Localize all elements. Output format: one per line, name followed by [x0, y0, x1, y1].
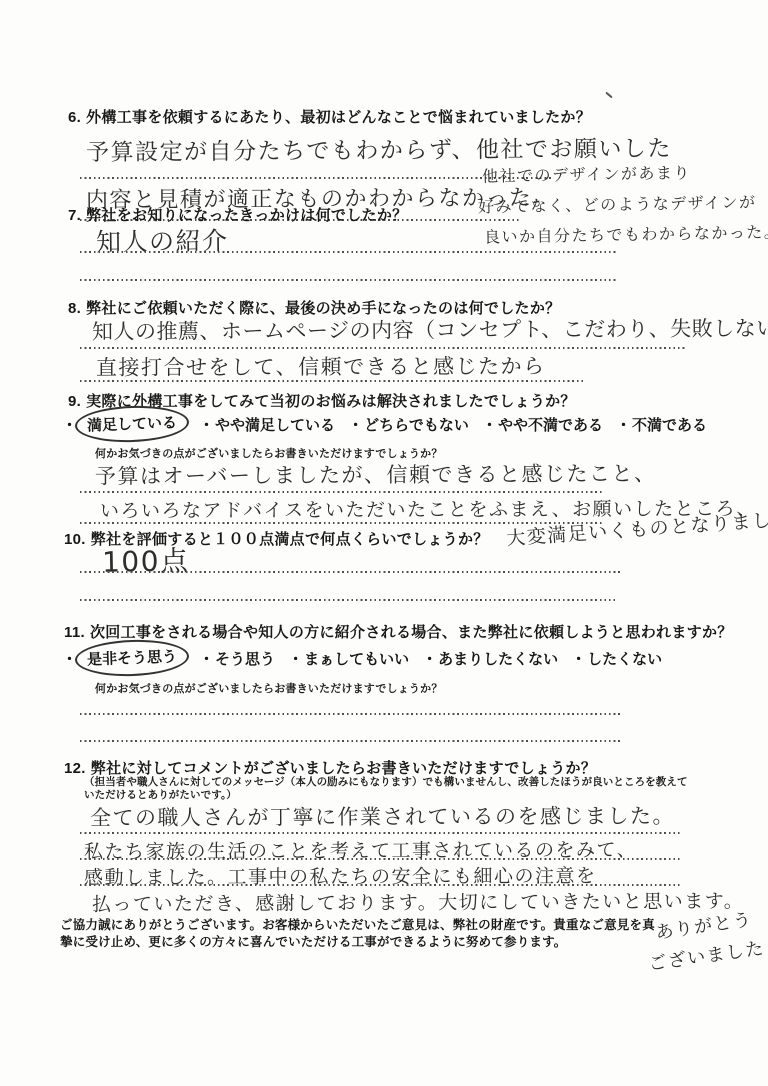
- q8-number: 8.: [68, 300, 81, 317]
- q11-option-no: ・ したくない: [571, 648, 662, 669]
- bullet-icon: ・: [288, 648, 303, 669]
- q6-number: 6.: [68, 109, 81, 126]
- q12-number: 12.: [64, 760, 86, 777]
- survey-scan-page: 6.外構工事を依頼するにあたり、最初はどんなことで悩まれていましたか？ 予算設定…: [0, 0, 768, 1086]
- pen-tick-mark: [605, 92, 612, 99]
- q10-number: 10.: [64, 531, 86, 548]
- q9-option-somewhat-satisfied: ・ やや満足している: [199, 414, 335, 435]
- q9-option-label: やや満足している: [215, 414, 335, 435]
- q11-option-label: まぁしてもいい: [304, 648, 409, 669]
- q11-option-label: あまりしたくない: [438, 648, 558, 669]
- q6-side-note-handwriting-3: 良いか自分たちでもわからなかった。: [484, 219, 768, 247]
- q6-question: 6.外構工事を依頼するにあたり、最初はどんなことで悩まれていましたか？: [68, 106, 591, 127]
- bullet-icon: ・: [348, 414, 363, 435]
- footer-thanks-line-1: ご協力誠にありがとうございます。お客様からいただいたご意見は、弊社の財産です。貴…: [60, 915, 655, 933]
- q12-answer-rule-1: [80, 832, 680, 834]
- q11-answer-rule-2: [80, 740, 620, 742]
- q12-answer-rule-3: [80, 884, 680, 886]
- q8-answer-handwriting-2: 直接打合せをして、信頼できると感じたから: [96, 350, 546, 382]
- q11-option-label: そう思う: [215, 648, 275, 669]
- bullet-icon: ・: [422, 648, 437, 669]
- q9-option-dissatisfied: ・ 不満である: [616, 414, 707, 435]
- q11-option-label: したくない: [587, 648, 662, 669]
- q12-answer-handwriting-4: 払っていただき、感謝しております。大切にしていきたいと思います。: [92, 886, 744, 916]
- q9-option-somewhat-dissatisfied: ・ やや不満である: [482, 414, 603, 435]
- q12-answer-rule-2: [80, 858, 680, 860]
- q9-option-label: 不満である: [632, 414, 707, 435]
- q11-question: 11.次回工事をされる場合や知人の方に紹介される場合、また弊社に依頼しようと思わ…: [64, 621, 733, 642]
- q11-option-rather-not: ・ あまりしたくない: [422, 648, 558, 669]
- bullet-icon: ・: [199, 414, 214, 435]
- q6-side-note-handwriting-2: 好みでなく、どのようなデザインが: [478, 190, 757, 218]
- q8-answer-rule-2: [80, 380, 585, 382]
- q9-answer-handwriting-1: 予算はオーバーしましたが、信頼できると感じたこと、: [95, 458, 657, 491]
- q11-options-row: ・ 是非そう思う ・ そう思う ・ まぁしてもいい ・ あまりしたくない ・ し…: [62, 640, 675, 676]
- q9-answer-rule-1: [80, 491, 603, 493]
- q7-answer-handwriting: 知人の紹介: [96, 221, 229, 258]
- q10-answer-rule-1: [80, 571, 620, 573]
- q9-options-row: ・ 満足している ・ やや満足している ・ どちらでもない ・ やや不満である …: [62, 406, 720, 442]
- q11-number: 11.: [64, 624, 85, 641]
- bullet-icon: ・: [199, 648, 214, 669]
- q6-question-text: 外構工事を依頼するにあたり、最初はどんなことで悩まれていましたか？: [86, 109, 591, 126]
- q10-answer-handwriting: 100点: [102, 539, 190, 581]
- bullet-icon: ・: [571, 648, 586, 669]
- q11-option-maybe: ・ まぁしてもいい: [288, 648, 409, 669]
- q12-note-line-2: いただけるとありがたいです。）: [84, 787, 237, 802]
- q11-answer-rule-1: [80, 713, 620, 715]
- q11-question-text: 次回工事をされる場合や知人の方に紹介される場合、また弊社に依頼しようと思われます…: [90, 624, 733, 641]
- q9-selected-circle: 満足している: [74, 404, 189, 444]
- q11-option-definitely: ・ 是非そう思う: [62, 647, 186, 669]
- q8-answer-rule-1: [80, 347, 686, 349]
- q9-option-satisfied: ・ 満足している: [62, 413, 186, 435]
- q10-answer-rule-2: [80, 599, 615, 601]
- q6-side-note-handwriting-1: 他社でのデザインがあまり: [482, 160, 691, 187]
- q9-option-neutral: ・ どちらでもない: [348, 414, 469, 435]
- q9-option-label: どちらでもない: [364, 414, 469, 435]
- q7-answer-rule-1: [80, 251, 618, 253]
- q11-subprompt: 何かお気づきの点がございましたらお書きいただけますでしょうか？: [95, 680, 443, 696]
- q7-number: 7.: [68, 207, 81, 224]
- bullet-icon: ・: [616, 414, 631, 435]
- footer-thanks-line-2: 摯に受け止め、更に多くの方々に喜んでいただける工事ができるように努めて参ります。: [60, 932, 567, 950]
- bullet-icon: ・: [482, 414, 497, 435]
- q12-answer-handwriting-1: 全ての職人さんが丁寧に作業されているのを感じました。: [90, 800, 675, 832]
- q11-option-yes: ・ そう思う: [199, 648, 275, 669]
- q7-answer-rule-2: [80, 279, 618, 281]
- q9-option-label: やや不満である: [498, 414, 603, 435]
- q8-answer-handwriting-1: 知人の推薦、ホームページの内容（コンセプト、こだわり、失敗しないため: [92, 312, 768, 346]
- q11-selected-circle: 是非そう思う: [74, 638, 189, 678]
